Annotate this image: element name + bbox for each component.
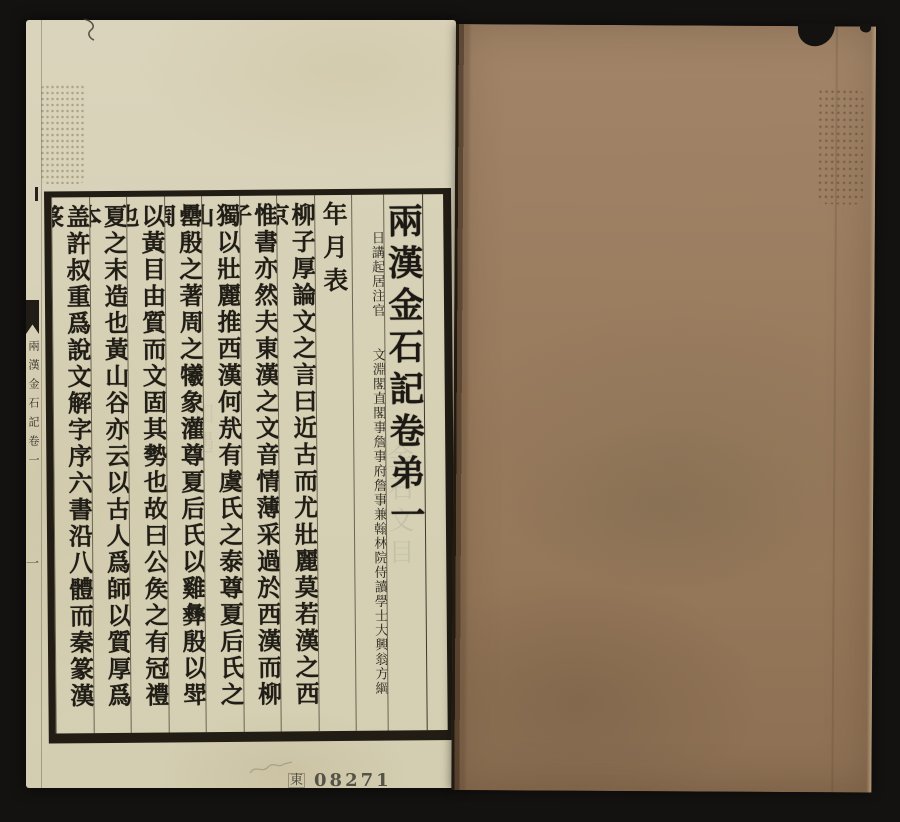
text-column-4: 罍殷之著周之犧象灌尊夏后氏以雞彝殷以斝周 xyxy=(164,196,206,732)
stamp-prefix: 東 xyxy=(288,773,305,788)
volume-title-column: 兩漢金石記卷弟一 xyxy=(383,194,427,730)
torn-notch xyxy=(798,23,835,46)
tear-mark xyxy=(80,18,100,42)
fishtail-mark xyxy=(26,300,39,334)
text-column-6: 夏之末造也黃山谷亦云以古人爲師以質厚爲本 xyxy=(89,197,131,733)
text-column-7: 盖許叔重爲說文解字序六書沿八體而秦篆漢篆 xyxy=(51,197,93,733)
spine-border-tick xyxy=(35,187,38,201)
right-page-cover xyxy=(451,24,876,793)
corner-nick xyxy=(860,23,871,32)
text-frame: 兩漢金石記卷弟一 日講起居注官 文淵閣直閣事詹事府詹事兼翰林院侍讀學士大興翁方綱… xyxy=(44,188,456,744)
frame-inner: 兩漢金石記卷弟一 日講起居注官 文淵閣直閣事詹事府詹事兼翰林院侍讀學士大興翁方綱… xyxy=(51,194,448,733)
text-column-2: 惟書亦然夫東漢之文音情薄采過於西漢而柳子 xyxy=(239,196,281,732)
column-gutter xyxy=(422,194,448,730)
left-page: 兩漢金石記卷一 一 兩漢金石記卷弟一 日講起居注官 文淵閣直閣事詹事府詹事兼翰林… xyxy=(26,20,456,788)
spine-title: 兩漢金石記卷一 xyxy=(27,340,40,473)
section-heading-column: 年月表 xyxy=(314,195,356,731)
text-column-5: 以黃目由質而文固其勢也故曰公矦之有冠禮也 xyxy=(126,197,168,733)
spine-page-number: 一 xyxy=(27,556,40,569)
perforation-stamp-left xyxy=(40,84,86,184)
perforation-stamp-right xyxy=(817,88,864,204)
spine-strip: 兩漢金石記卷一 一 xyxy=(26,20,42,788)
text-column-3: 獨以壯麗推西漢何㢤有虞氏之泰尊夏后氏之山 xyxy=(201,196,243,732)
stamp-number: 08271 xyxy=(314,770,392,791)
text-column-1: 柳子厚論文之言曰近古而尤壯麗莫若漢之西京 xyxy=(276,195,318,731)
author-column: 日講起居注官 文淵閣直閣事詹事府詹事兼翰林院侍讀學士大興翁方綱 xyxy=(351,195,388,731)
library-stamp: 東 08271 xyxy=(288,770,392,791)
scan-background: 兩漢金石記卷一 一 兩漢金石記卷弟一 日講起居注官 文淵閣直閣事詹事府詹事兼翰林… xyxy=(0,0,900,822)
